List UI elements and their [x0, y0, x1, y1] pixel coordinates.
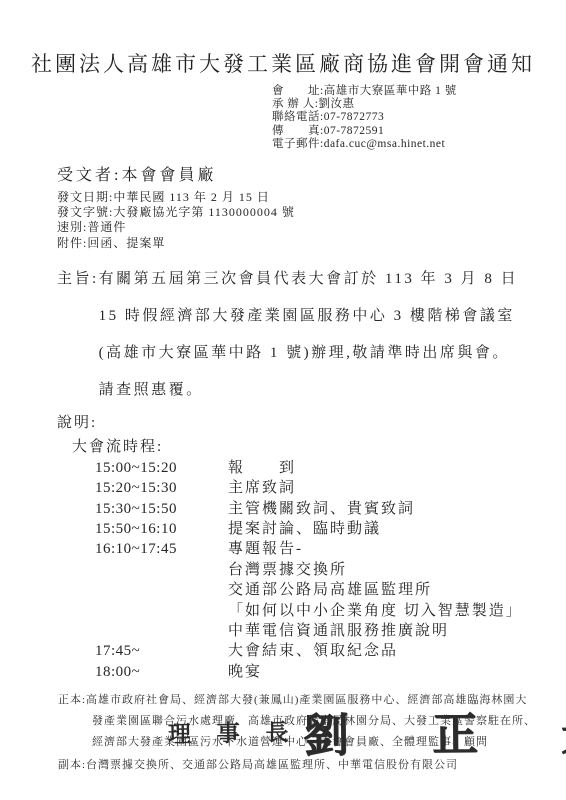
contact-block: 會 址:高雄市大寮區華中路 1 號 承 辦 人:劉汝惠 聯絡電話:07-7872…: [272, 85, 566, 151]
agenda-row: 交通部公路局高雄區監理所: [95, 580, 566, 600]
priority-line: 速別:普通件: [57, 220, 566, 235]
agenda-activity: 「如何以中小企業角度 切入智慧製造」: [228, 601, 523, 621]
address-label: 會 址:: [272, 85, 324, 98]
meta-block: 發文日期:中華民國 113 年 2 月 15 日 發文字號:大發廠協光字第 11…: [57, 190, 566, 251]
scanned-meeting-notice: 社團法人高雄市大發工業區廠商協進會開會通知 會 址:高雄市大寮區華中路 1 號 …: [0, 0, 566, 800]
agenda-activity: 中華電信資通訊服務推廣說明: [228, 621, 449, 641]
signature-block: 理 事 長 劉 正 光: [168, 698, 566, 764]
agenda-activity: 主管機關致詞、貴賓致詞: [228, 499, 415, 519]
agenda-time: 18:00~: [95, 662, 228, 682]
organizer-value: 劉汝惠: [318, 98, 354, 111]
agenda-activity: 大會結束、領取紀念品: [228, 641, 398, 661]
agenda-time: [95, 580, 228, 600]
agenda-activity: 晚宴: [228, 662, 262, 682]
agenda-row: 台灣票據交換所: [95, 560, 566, 580]
chairman-title: 理 事 長: [168, 713, 299, 748]
agenda-time: 17:45~: [95, 641, 228, 661]
agenda-activity: 提案討論、臨時動議: [228, 519, 381, 539]
contact-row-phone: 聯絡電話:07-7872773: [272, 111, 566, 124]
agenda-list: 15:00~15:20報 到 15:20~15:30主席致詞 15:30~15:…: [95, 458, 566, 682]
address-value: 高雄市大寮區華中路 1 號: [324, 85, 457, 98]
agenda-row: 15:00~15:20報 到: [95, 458, 566, 478]
agenda-activity: 主席致詞: [228, 478, 296, 498]
agenda-row: 17:45~大會結束、領取紀念品: [95, 641, 566, 661]
agenda-row: 「如何以中小企業角度 切入智慧製造」: [95, 601, 566, 621]
issue-date-line: 發文日期:中華民國 113 年 2 月 15 日: [57, 190, 566, 205]
phone-value: 07-7872773: [324, 111, 385, 124]
explanation-label: 說明:: [57, 413, 566, 433]
document-title: 社團法人高雄市大發工業區廠商協進會開會通知: [0, 0, 566, 78]
agenda-activity: 報 到: [228, 458, 296, 478]
agenda-time: 15:20~15:30: [95, 478, 228, 498]
agenda-time: 15:50~16:10: [95, 519, 228, 539]
subject-text: 有關第五屆第三次會員代表大會訂於 113 年 3 月 8 日 15 時假經濟部大…: [99, 261, 525, 409]
agenda-row: 15:30~15:50主管機關致詞、貴賓致詞: [95, 499, 566, 519]
agenda-activity: 台灣票據交換所: [228, 560, 347, 580]
chairman-signature: 劉 正 光: [302, 697, 566, 766]
phone-label: 聯絡電話:: [272, 111, 324, 124]
agenda-row: 15:20~15:30主席致詞: [95, 478, 566, 498]
agenda-time: [95, 560, 228, 580]
agenda-row: 16:10~17:45專題報告-: [95, 539, 566, 559]
contact-row-fax: 傳 真:07-7872591: [272, 125, 566, 138]
agenda-activity: 交通部公路局高雄區監理所: [228, 580, 432, 600]
subject-block: 主旨: 有關第五屆第三次會員代表大會訂於 113 年 3 月 8 日 15 時假…: [57, 261, 525, 409]
email-value: dafa.cuc@msa.hinet.net: [324, 138, 446, 151]
agenda-time: 16:10~17:45: [95, 539, 228, 559]
fax-label: 傳 真:: [272, 125, 324, 138]
recipient-line: 受文者:本會會員廠: [57, 162, 566, 185]
reference-number-line: 發文字號:大發廠協光字第 1130000004 號: [57, 205, 566, 220]
agenda-time: 15:30~15:50: [95, 499, 228, 519]
agenda-row: 18:00~晚宴: [95, 662, 566, 682]
agenda-time: [95, 621, 228, 641]
agenda-activity: 專題報告-: [228, 539, 303, 559]
email-label: 電子郵件:: [272, 138, 324, 151]
subject-label: 主旨:: [57, 261, 99, 409]
agenda-row: 中華電信資通訊服務推廣說明: [95, 621, 566, 641]
attachments-line: 附件:回函、提案單: [57, 236, 566, 251]
contact-row-address: 會 址:高雄市大寮區華中路 1 號: [272, 85, 566, 98]
contact-row-organizer: 承 辦 人:劉汝惠: [272, 98, 566, 111]
agenda-heading: 大會流時程:: [72, 437, 566, 457]
agenda-time: 15:00~15:20: [95, 458, 228, 478]
fax-value: 07-7872591: [324, 125, 385, 138]
contact-row-email: 電子郵件:dafa.cuc@msa.hinet.net: [272, 138, 566, 151]
organizer-label: 承 辦 人:: [272, 98, 318, 111]
agenda-row: 15:50~16:10提案討論、臨時動議: [95, 519, 566, 539]
agenda-time: [95, 601, 228, 621]
